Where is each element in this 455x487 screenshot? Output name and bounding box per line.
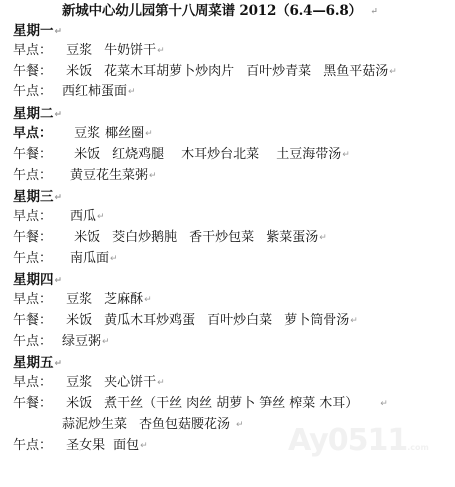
menu-item: 牛奶饼干: [104, 43, 156, 58]
menu-item: 芝麻酥: [104, 292, 143, 307]
friday-snack-row: 午点： 圣女果面包↵: [13, 436, 148, 456]
menu-item: 木耳）: [319, 396, 358, 411]
menu-item: 香干炒包菜: [189, 230, 254, 245]
paragraph-mark-icon: ↵: [319, 233, 327, 243]
menu-item: 椰丝圈: [105, 126, 144, 141]
paragraph-mark-icon: ↵: [342, 150, 350, 160]
tuesday-snack-row: 午点：黄豆花生菜粥↵: [13, 166, 157, 186]
paragraph-mark-icon: ↵: [149, 171, 157, 181]
menu-item: 南瓜面: [70, 251, 109, 266]
menu-item: 杏鱼包菇腰花汤: [139, 417, 230, 432]
menu-item: 黄豆花生菜粥: [70, 168, 148, 183]
lunch-label: 午餐：: [13, 311, 62, 331]
paragraph-mark-icon: ↵: [55, 193, 63, 203]
friday-lunch-continuation-row: 蒜泥炒生菜杏鱼包菇腰花汤↵: [62, 415, 244, 435]
lunch-label: 午餐：: [13, 228, 70, 248]
menu-item: 花菜木耳胡萝卜炒肉片: [104, 64, 234, 79]
day-heading-thursday: 星期四↵: [13, 270, 62, 290]
day-heading-friday: 星期五↵: [13, 353, 62, 373]
menu-item: 黑鱼平菇汤: [323, 64, 388, 79]
menu-item: 豆浆: [66, 375, 92, 390]
thursday-breakfast-row: 早点： 豆浆芝麻酥↵: [13, 290, 152, 310]
paragraph-mark-icon: ↵: [110, 254, 118, 264]
menu-item: 土豆海带汤: [276, 147, 341, 162]
day-heading-tuesday: 星期二↵: [13, 104, 62, 124]
menu-item: 百叶炒白菜: [207, 313, 272, 328]
monday-snack-row: 午点：西红柿蛋面↵: [13, 82, 136, 102]
menu-item: 笋丝: [259, 396, 285, 411]
day-name: 星期四: [13, 272, 54, 288]
menu-item: 黄瓜木耳炒鸡蛋: [104, 313, 195, 328]
menu-item: 西瓜: [70, 209, 96, 224]
monday-lunch-row: 午餐： 米饭花菜木耳胡萝卜炒肉片百叶炒青菜黑鱼平菇汤↵: [13, 62, 397, 82]
menu-item: 夹心饼干: [104, 375, 156, 390]
tuesday-breakfast-row: 早点： 豆浆椰丝圈↵: [13, 124, 153, 144]
menu-item: 圣女果: [66, 438, 105, 453]
thursday-snack-row: 午点：绿豆粥↵: [13, 332, 110, 352]
day-name: 星期一: [13, 23, 54, 39]
paragraph-mark-icon: ↵: [55, 359, 63, 369]
paragraph-mark-icon: ↵: [102, 337, 110, 347]
menu-item: 米饭: [66, 64, 92, 79]
menu-item: 米饭: [74, 147, 100, 162]
menu-item: 米饭: [74, 230, 100, 245]
paragraph-mark-icon: ↵: [97, 212, 105, 222]
paragraph-mark-icon: ↵: [145, 129, 153, 139]
paragraph-mark-icon: ↵: [128, 87, 136, 97]
document-title: 新城中心幼儿园第十八周菜谱 2012（6.4—6.8） ↵: [62, 2, 378, 21]
snack-label: 午点：: [13, 166, 70, 186]
paragraph-mark-icon: ↵: [389, 67, 397, 77]
menu-item: 豆浆: [66, 43, 92, 58]
snack-label: 午点：: [13, 332, 62, 352]
lunch-label: 午餐：: [13, 145, 70, 165]
wednesday-snack-row: 午点：南瓜面↵: [13, 249, 118, 269]
menu-item: 萝卜筒骨汤: [284, 313, 349, 328]
paragraph-mark-icon: ↵: [55, 276, 63, 286]
menu-item: 米饭: [66, 313, 92, 328]
breakfast-label: 早点：: [13, 207, 70, 227]
paragraph-mark-icon: ↵: [380, 399, 388, 409]
paragraph-mark-icon: ↵: [236, 420, 244, 430]
lunch-label: 午餐：: [13, 62, 62, 82]
thursday-lunch-row: 午餐： 米饭黄瓜木耳炒鸡蛋百叶炒白菜萝卜筒骨汤↵: [13, 311, 358, 331]
paragraph-mark-icon: ↵: [370, 7, 377, 17]
watermark-suffix: .com: [407, 443, 429, 452]
menu-item: 百叶炒青菜: [246, 64, 311, 79]
paragraph-mark-icon: ↵: [144, 295, 152, 305]
paragraph-mark-icon: ↵: [140, 441, 148, 451]
day-heading-monday: 星期一↵: [13, 21, 62, 41]
tuesday-lunch-row: 午餐： 米饭红烧鸡腿木耳炒台北菜土豆海带汤↵: [13, 145, 350, 165]
day-name: 星期二: [13, 106, 54, 122]
menu-item: 面包: [113, 438, 139, 453]
wednesday-breakfast-row: 早点：西瓜↵: [13, 207, 105, 227]
breakfast-label: 早点：: [13, 124, 70, 144]
lunch-label: 午餐：: [13, 394, 62, 414]
watermark-logo: Ay0511.com: [288, 426, 423, 466]
menu-item: 西红柿蛋面: [62, 84, 127, 99]
snack-label: 午点：: [13, 82, 62, 102]
day-name: 星期三: [13, 189, 54, 205]
breakfast-label: 早点：: [13, 290, 62, 310]
monday-breakfast-row: 早点： 豆浆牛奶饼干↵: [13, 41, 165, 61]
menu-item: 木耳炒台北菜: [181, 147, 259, 162]
paragraph-mark-icon: ↵: [350, 316, 358, 326]
menu-item: 豆浆: [74, 126, 100, 141]
paragraph-mark-icon: ↵: [55, 27, 63, 37]
menu-item: 煮干丝（干丝: [104, 396, 182, 411]
wednesday-lunch-row: 午餐： 米饭茭白炒鹅肫香干炒包菜紫菜蛋汤↵: [13, 228, 327, 248]
title-text: 新城中心幼儿园第十八周菜谱 2012（6.4—6.8）: [62, 3, 362, 19]
friday-lunch-row: 午餐： 米饭煮干丝（干丝肉丝胡萝卜笋丝榨菜木耳）↵: [13, 394, 388, 414]
menu-item: 茭白炒鹅肫: [112, 230, 177, 245]
snack-label: 午点：: [13, 249, 70, 269]
menu-item: 绿豆粥: [62, 334, 101, 349]
menu-item: 紫菜蛋汤: [266, 230, 318, 245]
menu-item: 豆浆: [66, 292, 92, 307]
menu-item: 胡萝卜: [216, 396, 255, 411]
breakfast-label: 早点：: [13, 41, 62, 61]
day-name: 星期五: [13, 355, 54, 371]
menu-item: 肉丝: [186, 396, 212, 411]
watermark-text: Ay0511: [288, 423, 407, 458]
paragraph-mark-icon: ↵: [157, 46, 165, 56]
menu-item: 米饭: [66, 396, 92, 411]
day-heading-wednesday: 星期三↵: [13, 187, 62, 207]
paragraph-mark-icon: ↵: [55, 110, 63, 120]
snack-label: 午点：: [13, 436, 62, 456]
menu-item: 蒜泥炒生菜: [62, 417, 127, 432]
menu-item: 榨菜: [289, 396, 315, 411]
paragraph-mark-icon: ↵: [157, 378, 165, 388]
friday-breakfast-row: 早点： 豆浆夹心饼干↵: [13, 373, 165, 393]
breakfast-label: 早点：: [13, 373, 62, 393]
menu-document: 新城中心幼儿园第十八周菜谱 2012（6.4—6.8） ↵ 星期一↵ 早点： 豆…: [0, 0, 455, 487]
menu-item: 红烧鸡腿: [112, 147, 164, 162]
